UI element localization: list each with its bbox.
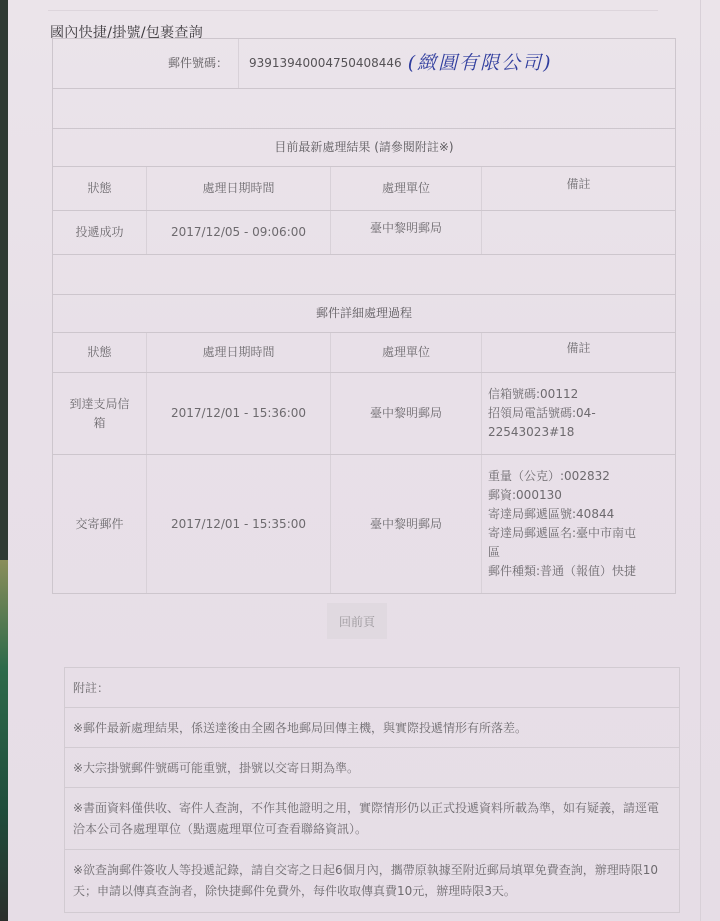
- note-item: ※大宗掛號郵件號碼可能重號，掛號以交寄日期為準。: [65, 748, 679, 788]
- top-divider: [48, 10, 658, 11]
- unit-link[interactable]: 臺中黎明郵局: [331, 373, 482, 454]
- latest-result-heading-row: 目前最新處理結果 (請參閱附註※): [53, 129, 675, 167]
- column-header-remarks: 備註: [482, 167, 675, 210]
- tracking-number: 93913940004750408446: [249, 54, 402, 73]
- column-header-unit: 處理單位: [331, 333, 482, 372]
- table-row: 到達支局信箱 2017/12/01 - 15:36:00 臺中黎明郵局 信箱號碼…: [53, 373, 675, 455]
- remarks-cell: [482, 211, 675, 254]
- table-row: 投遞成功 2017/12/05 - 09:06:00 臺中黎明郵局: [53, 211, 675, 255]
- empty-row: [53, 89, 675, 129]
- remark-line: 重量（公克）:002832: [488, 467, 636, 486]
- remark-line: 招領局電話號碼:04-: [488, 404, 596, 423]
- remark-line: 區: [488, 543, 636, 562]
- remark-line: 郵件種類:普通（報值）快捷: [488, 562, 636, 581]
- tracking-number-row: 郵件號碼： 93913940004750408446 (緻圓有限公司): [53, 39, 675, 89]
- column-header-datetime: 處理日期時間: [147, 167, 331, 210]
- note-item: ※書面資料僅供收、寄件人查詢，不作其他證明之用，實際情形仍以正式投遞資料所載為準…: [65, 788, 679, 850]
- detail-process-heading-row: 郵件詳細處理過程: [53, 295, 675, 333]
- status-cell: 交寄郵件: [53, 455, 147, 593]
- column-header-remarks: 備註: [482, 333, 675, 372]
- back-button[interactable]: 回前頁: [327, 603, 387, 639]
- notes-box: 附註： ※郵件最新處理結果，係送達後由全國各地郵局回傳主機，與實際投遞情形有所落…: [64, 667, 680, 913]
- datetime-cell: 2017/12/05 - 09:06:00: [147, 211, 331, 254]
- column-header-status: 狀態: [53, 333, 147, 372]
- datetime-cell: 2017/12/01 - 15:35:00: [147, 455, 331, 593]
- remarks-cell: 信箱號碼:00112 招領局電話號碼:04- 22543023#18: [482, 373, 675, 454]
- tracking-number-label: 郵件號碼：: [53, 39, 239, 88]
- notes-heading: 附註：: [65, 668, 679, 708]
- datetime-cell: 2017/12/01 - 15:36:00: [147, 373, 331, 454]
- tracking-number-value-cell: 93913940004750408446 (緻圓有限公司): [239, 39, 675, 88]
- status-cell: 到達支局信箱: [53, 373, 147, 454]
- remark-line: 22543023#18: [488, 423, 596, 442]
- note-item: ※郵件最新處理結果，係送達後由全國各地郵局回傳主機，與實際投遞情形有所落差。: [65, 708, 679, 748]
- column-header-unit: 處理單位: [331, 167, 482, 210]
- latest-result-header-row: 狀態 處理日期時間 處理單位 備註: [53, 167, 675, 211]
- unit-link[interactable]: 臺中黎明郵局: [331, 455, 482, 593]
- note-item: ※欲查詢郵件簽收人等投遞記錄，請自交寄之日起6個月內，攜帶原執據至附近郵局填單免…: [65, 850, 679, 912]
- remark-line: 寄達局郵遞區名:臺中市南屯: [488, 524, 636, 543]
- remark-line: 信箱號碼:00112: [488, 385, 596, 404]
- handwritten-annotation: (緻圓有限公司): [408, 54, 553, 73]
- detail-process-heading: 郵件詳細處理過程: [53, 295, 675, 332]
- printed-page: 國內快捷/掛號/包裹查詢 郵件號碼： 93913940004750408446 …: [8, 0, 720, 921]
- column-header-status: 狀態: [53, 167, 147, 210]
- latest-result-heading: 目前最新處理結果 (請參閱附註※): [53, 129, 675, 166]
- column-header-datetime: 處理日期時間: [147, 333, 331, 372]
- remark-line: 寄達局郵遞區號:40844: [488, 505, 636, 524]
- page-edge: [700, 0, 701, 921]
- query-box: 郵件號碼： 93913940004750408446 (緻圓有限公司) 目前最新…: [52, 38, 676, 594]
- remarks-cell: 重量（公克）:002832 郵資:000130 寄達局郵遞區號:40844 寄達…: [482, 455, 675, 593]
- table-row: 交寄郵件 2017/12/01 - 15:35:00 臺中黎明郵局 重量（公克）…: [53, 455, 675, 593]
- remark-line: 郵資:000130: [488, 486, 636, 505]
- status-cell: 投遞成功: [53, 211, 147, 254]
- unit-link[interactable]: 臺中黎明郵局: [331, 211, 482, 254]
- empty-row: [53, 255, 675, 295]
- detail-header-row: 狀態 處理日期時間 處理單位 備註: [53, 333, 675, 373]
